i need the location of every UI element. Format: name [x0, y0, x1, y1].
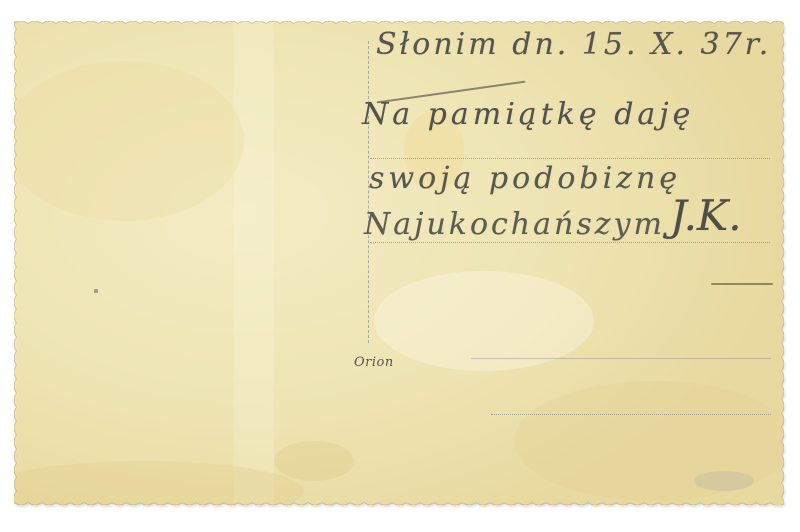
- handwritten-line-3: swoją podobiznę: [369, 161, 681, 196]
- address-line-2: [370, 242, 770, 243]
- paper-speck: [94, 289, 98, 293]
- address-line-3: [471, 358, 771, 359]
- postcard-paper: [14, 21, 784, 505]
- address-line-1: [370, 158, 770, 159]
- handwritten-line-2: Na pamiątkę daję: [362, 97, 694, 132]
- handwritten-line-4: Najukochańszym: [364, 207, 665, 242]
- handwritten-signature: J.K.: [670, 191, 742, 240]
- handwritten-date-line: Słonim dn. 15. X. 37r.: [376, 27, 771, 62]
- maker-mark: Orion: [354, 355, 394, 370]
- postcard: Słonim dn. 15. X. 37r. Na pamiątkę daję …: [14, 21, 784, 505]
- address-line-4: [491, 414, 771, 415]
- handwritten-dash: [711, 283, 773, 285]
